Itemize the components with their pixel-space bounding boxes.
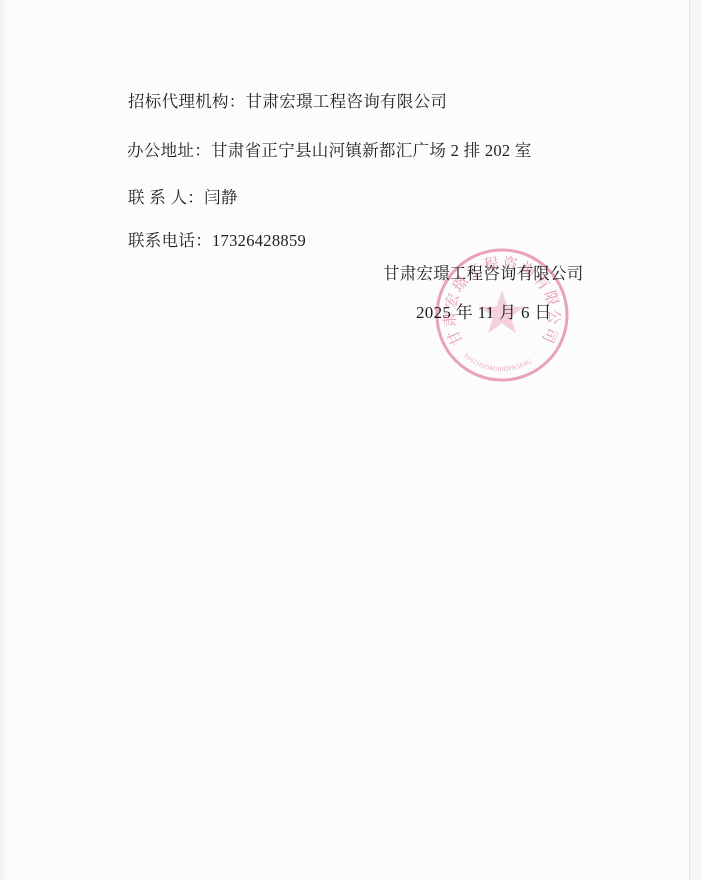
stamp-code-arc: 91621025MA0DPR3F4G: [462, 352, 533, 373]
contact-phone-line: 联系电话：17326428859: [128, 232, 306, 251]
page-left-edge: [0, 0, 8, 880]
contact-person-line: 联 系 人：闫静: [128, 189, 238, 208]
contact-phone-value: 17326428859: [212, 231, 306, 250]
address-label: 办公地址：: [127, 141, 211, 160]
agency-line: 招标代理机构：甘肃宏璟工程咨询有限公司: [128, 93, 447, 112]
contact-phone-label: 联系电话：: [128, 231, 212, 250]
page-right-margin: [689, 0, 701, 880]
scanned-document-page: 招标代理机构：甘肃宏璟工程咨询有限公司 办公地址：甘肃省正宁县山河镇新都汇广场 …: [0, 0, 701, 880]
contact-person-value: 闫静: [204, 188, 238, 207]
office-address-line: 办公地址：甘肃省正宁县山河镇新都汇广场 2 排 202 室: [127, 142, 532, 161]
company-seal-stamp: 甘肃宏璟工程咨询有限公司 91621025MA0DPR3F4G: [433, 246, 571, 384]
contact-person-label: 联 系 人：: [128, 188, 204, 207]
agency-value: 甘肃宏璟工程咨询有限公司: [246, 92, 448, 111]
address-value: 甘肃省正宁县山河镇新都汇广场 2 排 202 室: [211, 141, 532, 160]
agency-label: 招标代理机构：: [128, 92, 246, 111]
stamp-star-icon: [479, 290, 525, 333]
